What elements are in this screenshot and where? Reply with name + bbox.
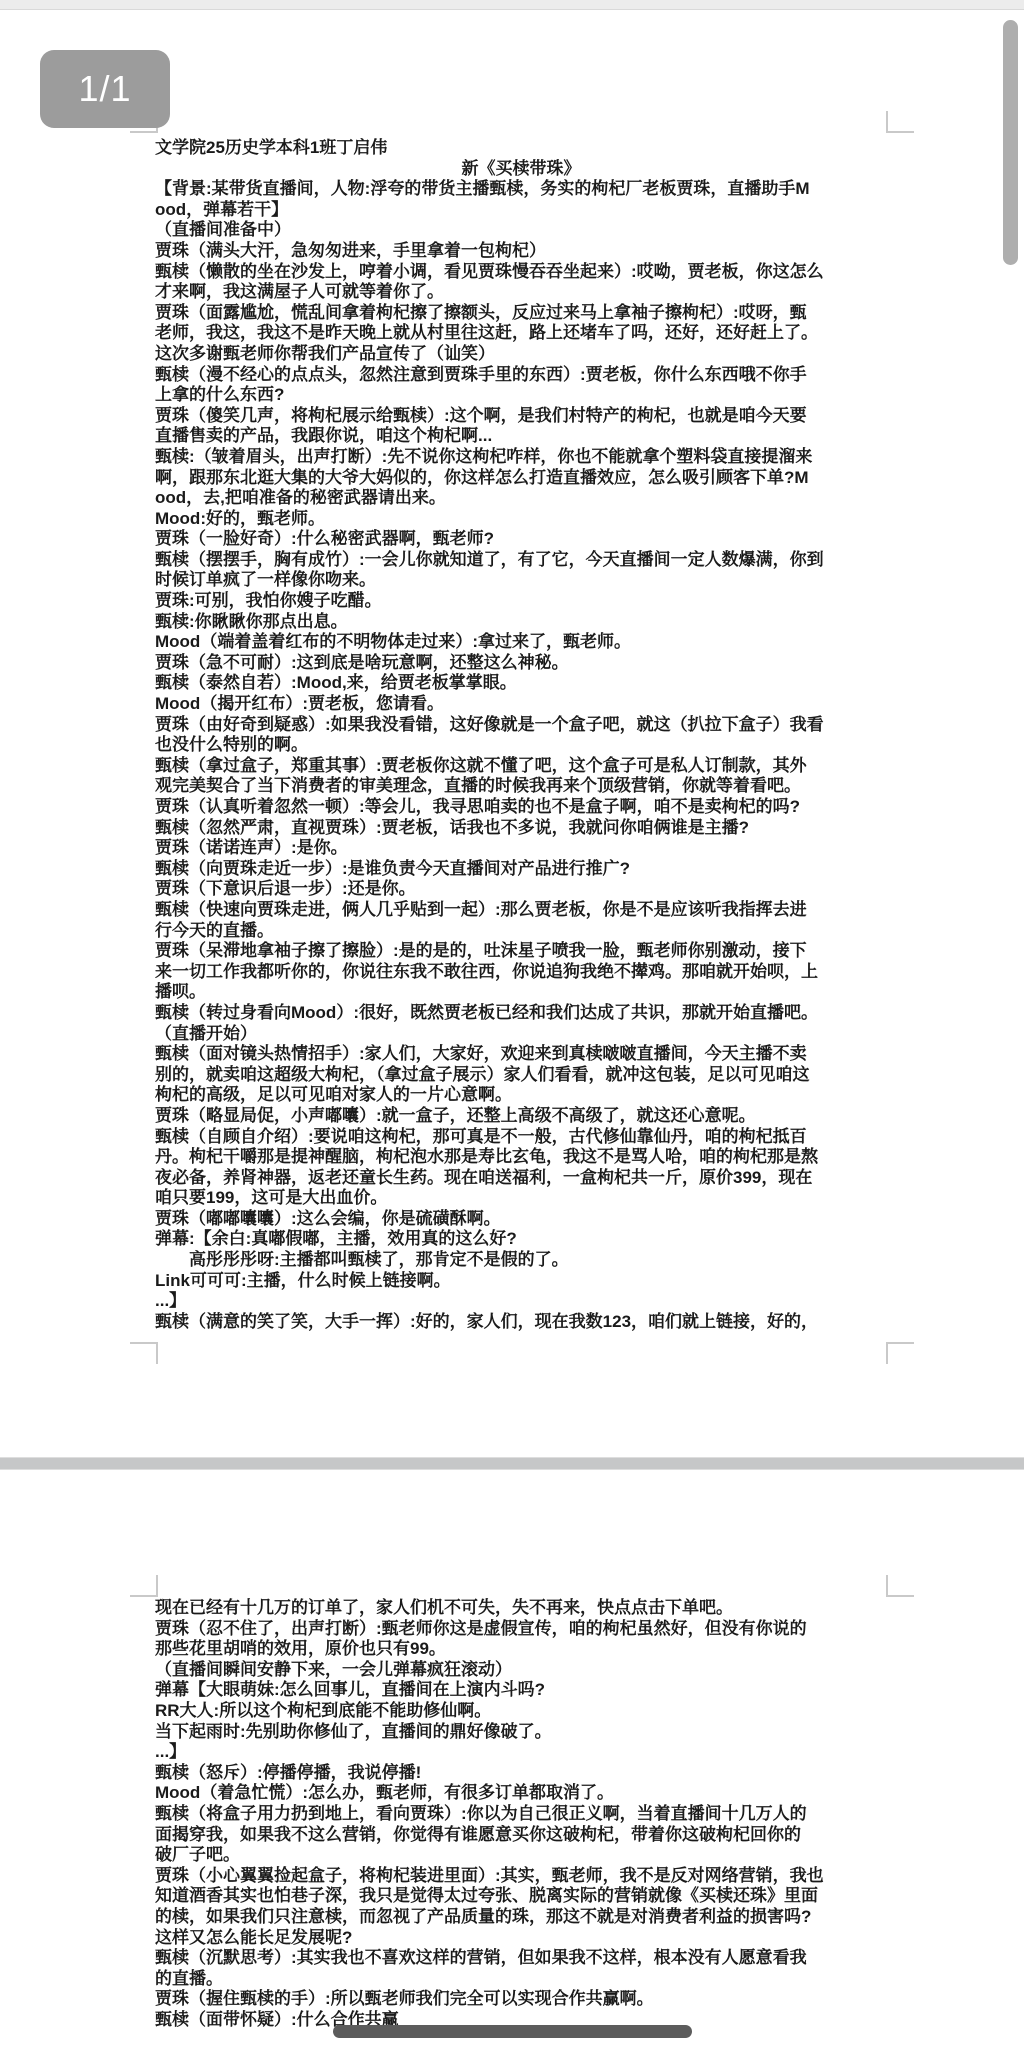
text-line: Mood（着急忙慌）:怎么办，甄老师，有很多订单都取消了。 (155, 1783, 887, 1804)
text-line: 贾珠（略显局促，小声嘟囔）:就一盒子，还整上高级不高级了，就这还心意呢。 (155, 1106, 887, 1127)
text-line: 贾珠（面露尴尬，慌乱间拿着枸杞擦了擦额头，反应过来马上拿袖子擦枸杞）:哎呀，甄 (155, 303, 887, 324)
text-line: 丹。枸杞干嚼那是提神醒脑，枸杞泡水那是寿比玄龟，我这不是骂人哈，咱的枸杞那是熬 (155, 1147, 887, 1168)
text-line: 贾珠（握住甄椟的手）:所以甄老师我们完全可以实现合作共赢啊。 (155, 1989, 887, 2010)
text-line: ...】 (155, 1291, 887, 1312)
text-line: 新《买椟带珠》 (155, 159, 887, 180)
text-line: 弹幕:【余白:真嘟假嘟，主播，效用真的这么好? (155, 1229, 887, 1250)
crop-mark-page1-bottom-right (886, 1342, 914, 1364)
text-line: 咱只要199，这可是大出血价。 (155, 1188, 887, 1209)
text-line: 啊，跟那东北逛大集的大爷大妈似的，你这样怎么打造直播效应，怎么吸引顾客下单?M (155, 468, 887, 489)
text-line: Mood（揭开红布）:贾老板，您请看。 (155, 694, 887, 715)
text-line: 破厂子吧。 (155, 1845, 887, 1866)
text-line: 【背景:某带货直播间，人物:浮夸的带货主播甄椟，务实的枸杞厂老板贾珠，直播助手M (155, 179, 887, 200)
text-line: 知道酒香其实也怕巷子深，我只是觉得太过夸张、脱离实际的营销就像《买椟还珠》里面 (155, 1886, 887, 1907)
text-line: （直播间瞬间安静下来，一会儿弹幕疯狂滚动） (155, 1660, 887, 1681)
text-line: 贾珠:可别，我怕你嫂子吃醋。 (155, 591, 887, 612)
scrollbar-thumb[interactable] (1003, 20, 1018, 265)
text-line: 贾珠（满头大汗，急匆匆进来，手里拿着一包枸杞） (155, 241, 887, 262)
text-line: 甄椟（拿过盒子，郑重其事）:贾老板你这就不懂了吧，这个盒子可是私人订制款，其外 (155, 756, 887, 777)
text-line: 贾珠（呆滞地拿袖子擦了擦脸）:是的是的，吐沫星子喷我一脸，甄老师你别激动，接下 (155, 941, 887, 962)
text-line: 甄椟（向贾珠走近一步）:是谁负责今天直播间对产品进行推广? (155, 859, 887, 880)
text-line: 甄椟（沉默思考）:其实我也不喜欢这样的营销，但如果我不这样，根本没有人愿意看我 (155, 1948, 887, 1969)
text-line: 直播售卖的产品，我跟你说，咱这个枸杞啊... (155, 426, 887, 447)
text-line: 甄椟（满意的笑了笑，大手一挥）:好的，家人们，现在我数123，咱们就上链接，好的… (155, 1312, 887, 1333)
crop-mark-page2-top-right (886, 1575, 914, 1597)
text-line: 贾珠（忍不住了，出声打断）:甄老师你这是虚假宣传，咱的枸杞虽然好，但没有你说的 (155, 1619, 887, 1640)
text-line: 甄椟:（皱着眉头，出声打断）:先不说你这枸杞咋样，你也不能就拿个塑料袋直接提溜来 (155, 447, 887, 468)
text-line: 观完美契合了当下消费者的审美理念，直播的时候我再来个顶级营销，你就等着看吧。 (155, 776, 887, 797)
text-line: 的直播。 (155, 1969, 887, 1990)
text-line: 贾珠（诺诺连声）:是你。 (155, 838, 887, 859)
text-line: 甄椟（将盒子用力扔到地上，看向贾珠）:你以为自己很正义啊，当着直播间十几万人的 (155, 1804, 887, 1825)
text-line: 枸杞的高级，足以可见咱对家人的一片心意啊。 (155, 1085, 887, 1106)
text-line: 现在已经有十几万的订单了，家人们机不可失，失不再来，快点点击下单吧。 (155, 1598, 887, 1619)
text-line: 贾珠（急不可耐）:这到底是啥玩意啊，还整这么神秘。 (155, 653, 887, 674)
text-line: 贾珠（嘟嘟囔囔）:这么会编，你是硫磺酥啊。 (155, 1209, 887, 1230)
text-line: 甄椟（懒散的坐在沙发上，哼着小调，看见贾珠慢吞吞坐起来）:哎呦，贾老板，你这怎么 (155, 262, 887, 283)
text-line: 也没什么特别的啊。 (155, 735, 887, 756)
text-line: 甄椟（转过身看向Mood）:很好，既然贾老板已经和我们达成了共识，那就开始直播吧… (155, 1003, 887, 1024)
crop-mark-page1-bottom-left (130, 1342, 158, 1364)
text-line: RR大人:所以这个枸杞到底能不能助修仙啊。 (155, 1701, 887, 1722)
text-line: 夜必备，养肾神器，返老还童长生药。现在咱送福利，一盒枸杞共一斤，原价399，现在 (155, 1168, 887, 1189)
top-edge-strip (0, 0, 1024, 10)
text-line: （直播间准备中） (155, 220, 887, 241)
text-line: ood，弹幕若干】 (155, 200, 887, 221)
document-page-2-text: 现在已经有十几万的订单了，家人们机不可失，失不再来，快点点击下单吧。贾珠（忍不住… (155, 1598, 887, 2030)
text-line: 才来啊，我这满屋子人可就等着你了。 (155, 282, 887, 303)
text-line: Mood（端着盖着红布的不明物体走过来）:拿过来了，甄老师。 (155, 632, 887, 653)
text-line: 贾珠（小心翼翼捡起盒子，将枸杞装进里面）:其实，甄老师，我不是反对网络营销，我也 (155, 1866, 887, 1887)
text-line: Link可可可:主播，什么时候上链接啊。 (155, 1271, 887, 1292)
text-line: 面揭穿我，如果我不这么营销，你觉得有谁愿意买你这破枸杞，带着你这破枸杞回你的 (155, 1825, 887, 1846)
text-line: 甄椟（面对镜头热情招手）:家人们，大家好，欢迎来到真椟啵啵直播间，今天主播不卖 (155, 1044, 887, 1065)
text-line: 甄椟（摆摆手，胸有成竹）:一会儿你就知道了，有了它，今天直播间一定人数爆满，你到 (155, 550, 887, 571)
text-line: 时候订单疯了一样像你吻来。 (155, 570, 887, 591)
text-line: 贾珠（下意识后退一步）:还是你。 (155, 879, 887, 900)
text-line: 贾珠（由好奇到疑惑）:如果我没看错，这好像就是一个盒子吧，就这（扒拉下盒子）我看 (155, 715, 887, 736)
text-line: ...】 (155, 1742, 887, 1763)
text-line: 老师，我这，我这不是昨天晚上就从村里往这赶，路上还堵车了吗，还好，还好赶上了。 (155, 323, 887, 344)
text-line: 当下起雨时:先别助你修仙了，直播间的鼎好像破了。 (155, 1722, 887, 1743)
text-line: 甄椟（漫不经心的点点头，忽然注意到贾珠手里的东西）:贾老板，你什么东西哦不你手 (155, 365, 887, 386)
text-line: 那些花里胡哨的效用，原价也只有99。 (155, 1639, 887, 1660)
text-line: 来一切工作我都听你的，你说往东我不敢往西，你说追狗我绝不撵鸡。那咱就开始呗，上 (155, 962, 887, 983)
text-line: 甄椟（忽然严肃，直视贾珠）:贾老板，话我也不多说，我就问你咱俩谁是主播? (155, 818, 887, 839)
text-line: 甄椟（快速向贾珠走进，俩人几乎贴到一起）:那么贾老板，你是不是应该听我指挥去进 (155, 900, 887, 921)
crop-mark-page2-top-left (130, 1575, 158, 1597)
text-line: 的椟，如果我们只注意椟，而忽视了产品质量的珠，那这不就是对消费者利益的损害吗? (155, 1907, 887, 1928)
text-line: 甄椟:你瞅瞅你那点出息。 (155, 612, 887, 633)
text-line: Mood:好的，甄老师。 (155, 509, 887, 530)
text-line: 贾珠（傻笑几声，将枸杞展示给甄椟）:这个啊，是我们村特产的枸杞，也就是咱今天要 (155, 406, 887, 427)
page-break-divider (0, 1457, 1024, 1470)
page-count-badge: 1/1 (40, 50, 170, 128)
text-line: 高彤彤彤呀:主播都叫甄椟了，那肯定不是假的了。 (155, 1250, 887, 1271)
crop-mark-page1-top-right (886, 111, 914, 133)
text-line: 甄椟（泰然自若）:Mood,来，给贾老板掌掌眼。 (155, 673, 887, 694)
text-line: 播呗。 (155, 982, 887, 1003)
text-line: 行今天的直播。 (155, 921, 887, 942)
text-line: （直播开始） (155, 1024, 887, 1045)
text-line: 文学院25历史学本科1班丁启伟 (155, 138, 887, 159)
text-line: 贾珠（一脸好奇）:什么秘密武器啊，甄老师? (155, 529, 887, 550)
text-line: 这次多谢甄老师你帮我们产品宣传了（讪笑） (155, 344, 887, 365)
home-indicator-bar[interactable] (333, 2025, 692, 2038)
text-line: 上拿的什么东西? (155, 385, 887, 406)
text-line: 弹幕【大眼萌妹:怎么回事儿，直播间在上演内斗吗? (155, 1680, 887, 1701)
document-page-1-text: 文学院25历史学本科1班丁启伟新《买椟带珠》【背景:某带货直播间，人物:浮夸的带… (155, 138, 887, 1332)
text-line: 这样又怎么能长足发展呢? (155, 1928, 887, 1949)
text-line: ood，去,把咱准备的秘密武器请出来。 (155, 488, 887, 509)
text-line: 别的，就卖咱这超级大枸杞，（拿过盒子展示）家人们看看，就冲这包装，足以可见咱这 (155, 1065, 887, 1086)
text-line: 甄椟（怒斥）:停播停播，我说停播! (155, 1763, 887, 1784)
text-line: 贾珠（认真听着忽然一顿）:等会儿，我寻思咱卖的也不是盒子啊，咱不是卖枸杞的吗? (155, 797, 887, 818)
text-line: 甄椟（自顾自介绍）:要说咱这枸杞，那可真是不一般，古代修仙靠仙丹，咱的枸杞抵百 (155, 1127, 887, 1148)
